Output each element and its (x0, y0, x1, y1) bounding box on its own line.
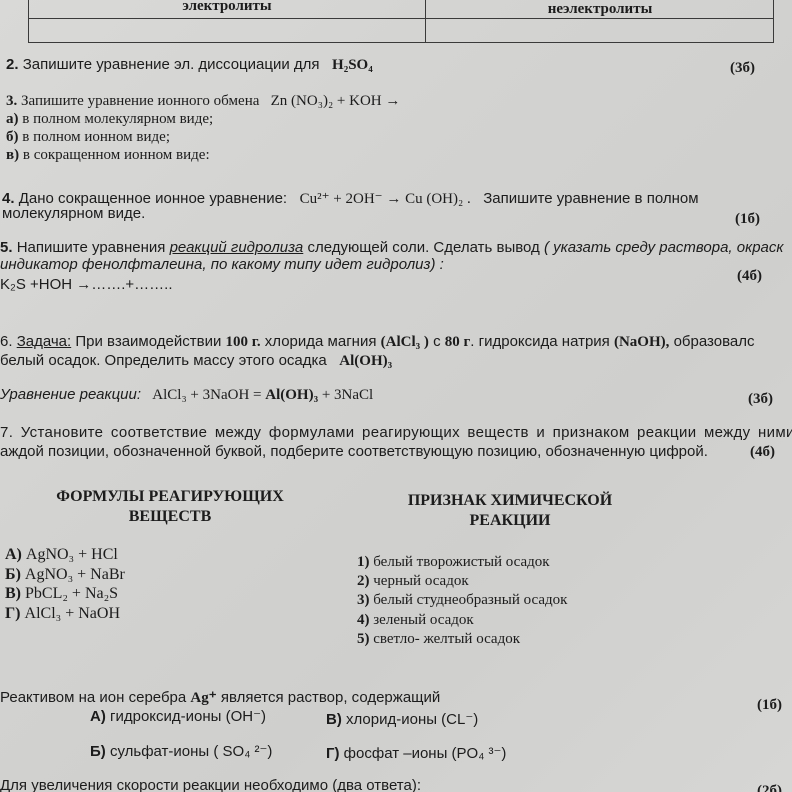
test-sheet: электролиты неэлектролиты 2. Запишите ур… (0, 0, 792, 792)
signs-list: 1) белый творожистый осадок 2) черный ос… (357, 553, 567, 649)
score-q2: (3б) (730, 60, 755, 77)
question-9: Для увеличения скорости реакции необходи… (0, 777, 421, 792)
formula: Zn (NO₃)₂ + KOH → (271, 93, 401, 109)
question-3: 3. Запишите уравнение ионного обмена Zn … (6, 93, 400, 110)
question-5: 5. Напишите уравнения реакций гидролиза … (0, 239, 783, 256)
item-marker: 2) (357, 573, 370, 589)
equation-left: AlCl₃ + 3NaOH = (152, 387, 261, 403)
q3-item-c: в) в сокращенном ионном виде: (6, 147, 210, 164)
q3-item-b: б) в полном ионном виде; (6, 129, 170, 146)
option-text: хлорид-ионы (CL⁻) (346, 711, 478, 728)
question-text-continued: является раствор, содержащий (221, 689, 440, 706)
question-8: Реактивом на ион серебра Ag⁺ является ра… (0, 688, 440, 707)
table-header-nonelectrolytes: неэлектролиты (427, 1, 773, 18)
question-text-continued: Запишите уравнение в полном (483, 190, 698, 207)
score-q9: (2б) (757, 783, 782, 792)
item-text: белый творожистый осадок (373, 554, 549, 570)
task-label: Задача: (17, 333, 72, 350)
formula: Al(OH)₃ (339, 353, 392, 369)
equation-right: + 3NaCl (322, 387, 373, 403)
formula-item-b: Б) AgNO₃ + NaBr (5, 565, 125, 585)
item-marker: 3) (357, 592, 370, 608)
option-g: Г) фосфат –ионы (PO₄ ³⁻) (326, 744, 506, 762)
signs-header: ПРИЗНАК ХИМИЧЕСКОЙ РЕАКЦИИ (390, 491, 630, 531)
question-text: Напишите уравнения (17, 239, 166, 256)
equation-label: Уравнение реакции: (0, 386, 141, 403)
formula-item-g: Г) AlCl₃ + NaOH (5, 604, 125, 624)
question-2: 2. Запишите уравнение эл. диссоциации дл… (6, 56, 373, 74)
question-number: 3. (6, 93, 17, 109)
electrolytes-table: электролиты неэлектролиты (28, 0, 774, 43)
table-column-divider (425, 0, 426, 42)
question-number: 2. (6, 56, 19, 73)
score-q4: (1б) (735, 211, 760, 228)
question-7-line2: аждой позиции, обозначенной буквой, подб… (0, 443, 708, 460)
question-text: Запишите уравнение ионного обмена (21, 93, 259, 109)
sign-item-2: 2) черный осадок (357, 572, 567, 591)
question-text: . гидроксида натрия (470, 333, 610, 350)
item-marker: Б) (5, 566, 21, 583)
item-text: светло- желтый осадок (373, 631, 520, 647)
score-q6: (3б) (748, 391, 773, 408)
item-text: AlCl₃ + NaOH (25, 605, 120, 622)
item-marker: 4) (357, 612, 370, 628)
item-text: в полном ионном виде; (22, 129, 170, 145)
header-line: ВЕЩЕСТВ (40, 507, 300, 527)
question-text: с (433, 333, 441, 350)
sign-item-1: 1) белый творожистый осадок (357, 553, 567, 572)
formula: (NaOH), (614, 334, 669, 350)
question-text-continued: следующей соли. Сделать вывод (307, 239, 539, 256)
header-line: ПРИЗНАК ХИМИЧЕСКОЙ (390, 491, 630, 511)
option-text: сульфат-ионы ( SO₄ ²⁻) (110, 743, 272, 760)
question-text: Реактивом на ион серебра (0, 689, 186, 706)
question-text: Установите соответствие между формулами … (21, 424, 792, 441)
question-7: 7. Установите соответствие между формула… (0, 424, 792, 441)
item-marker: б) (6, 129, 19, 145)
question-4-line2: молекулярном виде. (2, 205, 145, 222)
item-marker: В) (5, 585, 21, 602)
option-marker: А) (90, 708, 106, 725)
item-marker: а) (6, 111, 19, 127)
score-q8: (1б) (757, 697, 782, 714)
option-marker: Г) (326, 745, 340, 762)
item-text: AgNO₃ + HCl (26, 546, 118, 563)
question-number: 6. (0, 333, 13, 350)
header-line: РЕАКЦИИ (390, 511, 630, 531)
question-text: Запишите уравнение эл. диссоциации для (23, 56, 320, 73)
formula: Cu²⁺ + 2OH⁻ → Cu (OH)₂ . (300, 191, 471, 207)
item-marker: в) (6, 147, 19, 163)
question-6-line2: белый осадок. Определить массу этого оса… (0, 352, 392, 370)
item-text: AgNO₃ + NaBr (25, 566, 125, 583)
mass-value: 100 г. (226, 334, 261, 350)
formulas-header: ФОРМУЛЫ РЕАГИРУЮЩИХ ВЕЩЕСТВ (40, 487, 300, 527)
option-a: А) гидроксид-ионы (OH⁻) (90, 707, 266, 725)
option-text: гидроксид-ионы (OH⁻) (110, 708, 266, 725)
sign-item-4: 4) зеленый осадок (357, 611, 567, 630)
formula: (AlCl₃ ) (381, 334, 429, 350)
formula-item-v: В) PbCL₂ + Na₂S (5, 584, 125, 604)
underlined-term: реакций гидролиза (170, 239, 304, 256)
item-text: белый студнеобразный осадок (373, 592, 567, 608)
sign-item-3: 3) белый студнеобразный осадок (357, 591, 567, 610)
table-header-electrolytes: электролиты (29, 0, 425, 15)
question-number: 7. (0, 424, 13, 441)
item-text: в полном молекулярном виде; (22, 111, 213, 127)
question-text: хлорида магния (265, 333, 377, 350)
q3-item-a: а) в полном молекулярном виде; (6, 111, 213, 128)
question-text: При взаимодействии (75, 333, 221, 350)
item-marker: А) (5, 546, 22, 563)
question-5-line2: индикатор фенолфталеина, по какому типу … (0, 256, 444, 273)
equation-product: Al(OH)₃ (265, 387, 318, 403)
question-text: образовалс (674, 333, 755, 350)
formulas-list: А) AgNO₃ + HCl Б) AgNO₃ + NaBr В) PbCL₂ … (5, 545, 125, 623)
sign-item-5: 5) светло- желтый осадок (357, 630, 567, 649)
item-text: PbCL₂ + Na₂S (25, 585, 118, 602)
italic-instruction: ( указать среду раствора, окраск (544, 239, 784, 256)
hydrolysis-equation: K₂S +HOH →…….+…….. (0, 276, 173, 293)
formula-item-a: А) AgNO₃ + HCl (5, 545, 125, 565)
ion-formula: Ag⁺ (190, 690, 216, 706)
score-q7: (4б) (750, 444, 775, 461)
option-b: Б) сульфат-ионы ( SO₄ ²⁻) (90, 742, 272, 760)
item-text: зеленый осадок (373, 612, 473, 628)
formula: H₂SO₄ (332, 57, 373, 73)
question-text: белый осадок. Определить массу этого оса… (0, 352, 327, 369)
item-marker: 5) (357, 631, 370, 647)
score-q5: (4б) (737, 268, 762, 285)
reaction-equation: Уравнение реакции: AlCl₃ + 3NaOH = Al(OH… (0, 386, 373, 404)
item-marker: Г) (5, 605, 21, 622)
option-text: фосфат –ионы (PO₄ ³⁻) (344, 745, 507, 762)
question-6: 6. Задача: При взаимодействии 100 г. хло… (0, 333, 754, 351)
item-marker: 1) (357, 554, 370, 570)
header-line: ФОРМУЛЫ РЕАГИРУЮЩИХ (40, 487, 300, 507)
option-v: В) хлорид-ионы (CL⁻) (326, 710, 478, 728)
item-text: в сокращенном ионном виде: (23, 147, 210, 163)
mass-value: 80 г (445, 334, 471, 350)
item-text: черный осадок (373, 573, 468, 589)
option-marker: В) (326, 711, 342, 728)
option-marker: Б) (90, 743, 106, 760)
question-number: 5. (0, 239, 13, 256)
